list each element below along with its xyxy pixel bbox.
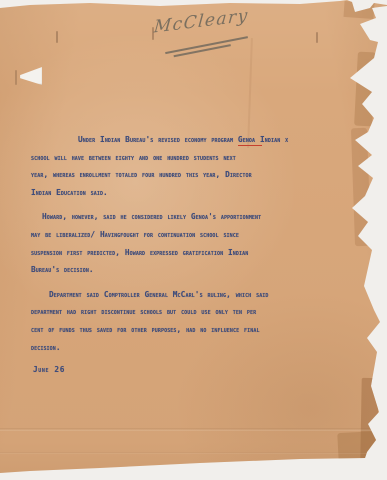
torn-edge-shading	[343, 1, 374, 19]
typed-line: Department said Comptroller General McCa…	[31, 286, 376, 304]
paper-crease	[0, 452, 370, 454]
typed-line: cent of funds thus saved for other purpo…	[31, 321, 376, 339]
typed-line: decision.	[31, 339, 376, 357]
paragraph-3: Department said Comptroller General McCa…	[31, 286, 376, 356]
typed-line: suspension first predicted, Howard expre…	[31, 244, 376, 262]
date-line: June 26	[33, 363, 65, 377]
paragraph-2: Howard, however, said he considered like…	[31, 208, 376, 278]
handwritten-name: McCleary	[153, 3, 274, 38]
typed-line: Howard, however, said he considered like…	[31, 208, 376, 226]
handwritten-underline	[165, 36, 248, 54]
typed-line: year, whereas enrollment totaled four hu…	[31, 166, 376, 184]
paper-sheet: McCleary Under Indian Bureau's revised e…	[0, 0, 387, 480]
torn-edge-shading	[360, 378, 378, 462]
paragraph-1: Under Indian Bureau's revised economy pr…	[31, 131, 376, 201]
typed-line: Bureau's decision.	[31, 261, 376, 279]
staple-mark	[56, 31, 58, 43]
torn-notch	[20, 67, 42, 85]
typed-line: school will have between eighty and one …	[31, 149, 376, 167]
torn-edge-shading	[354, 52, 376, 127]
typed-line-segment: Under Indian Bureau's revised economy pr…	[78, 135, 238, 144]
typed-line: department had right discontinue schools…	[31, 303, 376, 321]
paper-crease	[0, 428, 387, 431]
handwritten-annotation: McCleary	[153, 3, 277, 61]
scanned-document: McCleary Under Indian Bureau's revised e…	[0, 0, 387, 480]
torn-edge-shading	[337, 431, 381, 463]
staple-mark	[316, 32, 318, 43]
typed-text-block: Under Indian Bureau's revised economy pr…	[31, 131, 376, 356]
typed-line: Under Indian Bureau's revised economy pr…	[31, 131, 376, 149]
staple-mark	[15, 70, 17, 85]
typed-line-segment: Indian x	[255, 135, 288, 144]
typed-line: may be liberalized/ Havingfought for con…	[31, 226, 376, 244]
typed-line: Indian Education said.	[31, 184, 376, 202]
